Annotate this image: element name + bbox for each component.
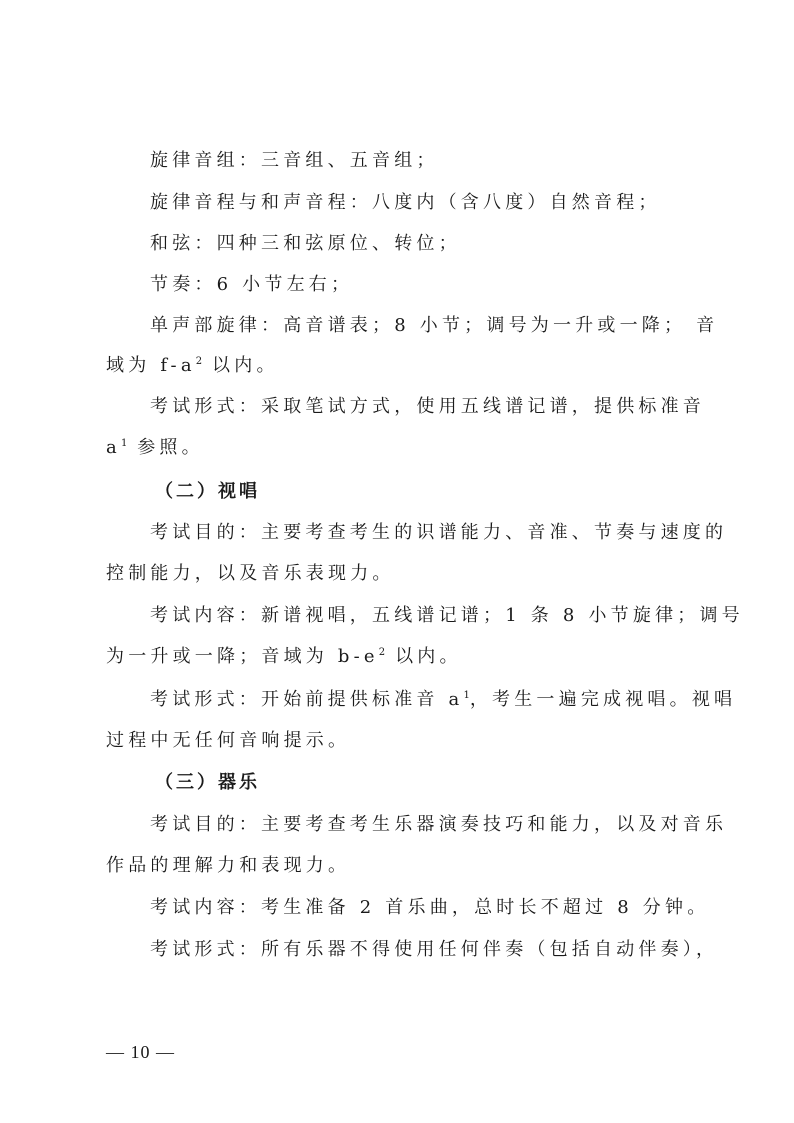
paragraph-sight-singing-form-cont: 过程中无任何音响提示。 — [106, 730, 696, 752]
text: 考试目的：主要考查考生的识谱能力、音准、节奏与速度的 — [150, 522, 727, 543]
paragraph-intervals: 旋律音程与和声音程：八度内（含八度）自然音程； — [150, 192, 740, 214]
paragraph-sight-singing-form: 考试形式：开始前提供标准音 a1，考生一遍完成视唱。视唱 — [150, 689, 740, 711]
text: 和弦：四种三和弦原位、转位； — [150, 233, 461, 254]
text: 过程中无任何音响提示。 — [106, 730, 350, 751]
text: 单声部旋律：高音谱表；8 小节；调号为一升或一降； 音 — [150, 315, 718, 336]
section-heading-instrumental: （三）器乐 — [155, 772, 745, 794]
text: 为一升或一降；音域为 b-e — [106, 646, 379, 667]
paragraph-instrumental-purpose-cont: 作品的理解力和表现力。 — [106, 855, 696, 877]
paragraph-instrumental-content: 考试内容：考生准备 2 首乐曲，总时长不超过 8 分钟。 — [150, 897, 740, 919]
text: 域为 f-a — [106, 355, 196, 376]
text: ，考生一遍完成视唱。视唱 — [470, 689, 736, 710]
paragraph-rhythm: 节奏：6 小节左右； — [150, 274, 740, 296]
section-heading-sight-singing: （二）视唱 — [155, 481, 745, 503]
paragraph-sight-singing-content: 考试内容：新谱视唱，五线谱记谱；1 条 8 小节旋律；调号 — [150, 605, 740, 627]
page-number: — 10 — — [106, 1042, 175, 1063]
paragraph-single-melody-cont: 域为 f-a2 以内。 — [106, 355, 696, 377]
paragraph-single-melody: 单声部旋律：高音谱表；8 小节；调号为一升或一降； 音 — [150, 315, 740, 337]
paragraph-instrumental-purpose: 考试目的：主要考查考生乐器演奏技巧和能力，以及对音乐 — [150, 814, 740, 836]
text: 考试形式：开始前提供标准音 a — [150, 689, 463, 710]
text: 作品的理解力和表现力。 — [106, 855, 350, 876]
paragraph-sight-singing-content-cont: 为一升或一降；音域为 b-e2 以内。 — [106, 646, 696, 668]
paragraph-exam-form-1-cont: a1 参照。 — [106, 437, 696, 459]
paragraph-melody-groups: 旋律音组：三音组、五音组； — [150, 150, 740, 172]
text: 考试内容：考生准备 2 首乐曲，总时长不超过 8 分钟。 — [150, 897, 709, 918]
text: 旋律音组：三音组、五音组； — [150, 150, 439, 171]
text: a — [106, 437, 121, 458]
text: 以内。 — [385, 646, 462, 667]
text: 控制能力，以及音乐表现力。 — [106, 563, 395, 584]
text: 以内。 — [202, 355, 279, 376]
text: 考试内容：新谱视唱，五线谱记谱；1 条 8 小节旋律；调号 — [150, 605, 744, 626]
text: 节奏：6 小节左右； — [150, 274, 353, 295]
paragraph-exam-form-1: 考试形式：采取笔试方式，使用五线谱记谱，提供标准音 — [150, 396, 740, 418]
document-page: 旋律音组：三音组、五音组； 旋律音程与和声音程：八度内（含八度）自然音程； 和弦… — [0, 0, 794, 1123]
text: 考试形式：所有乐器不得使用任何伴奏（包括自动伴奏）， — [150, 939, 718, 960]
text: 考试形式：采取笔试方式，使用五线谱记谱，提供标准音 — [150, 396, 705, 417]
paragraph-instrumental-form: 考试形式：所有乐器不得使用任何伴奏（包括自动伴奏）， — [150, 939, 740, 961]
text: 考试目的：主要考查考生乐器演奏技巧和能力，以及对音乐 — [150, 814, 727, 835]
paragraph-sight-singing-purpose-cont: 控制能力，以及音乐表现力。 — [106, 563, 696, 585]
paragraph-chords: 和弦：四种三和弦原位、转位； — [150, 233, 740, 255]
text: 参照。 — [127, 437, 204, 458]
paragraph-sight-singing-purpose: 考试目的：主要考查考生的识谱能力、音准、节奏与速度的 — [150, 522, 740, 544]
text: 旋律音程与和声音程：八度内（含八度）自然音程； — [150, 192, 661, 213]
